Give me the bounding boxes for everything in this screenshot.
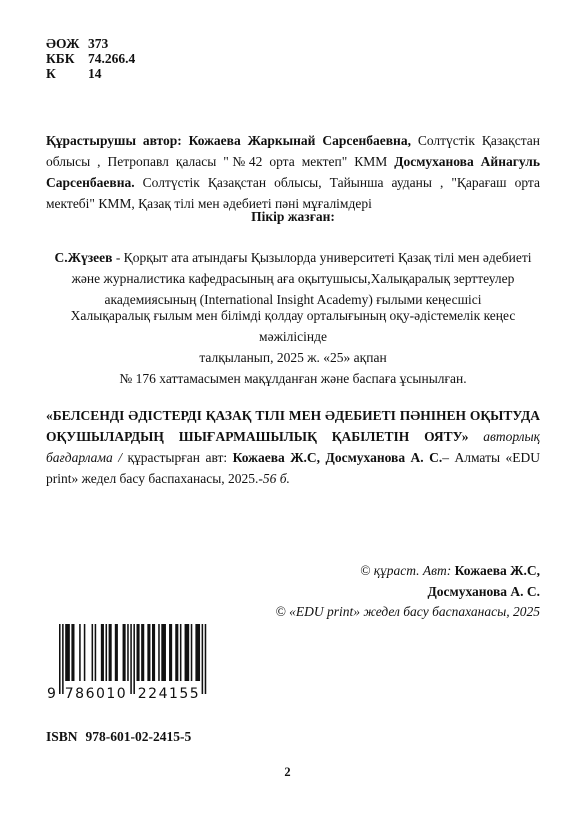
code-row-udc: ӘОЖ 373 [46, 36, 135, 51]
approval-line: Халықаралық ғылым мен білімді қолдау орт… [46, 305, 540, 347]
isbn-line: ISBN978-601-02-2415-5 [46, 729, 191, 745]
reviewer-heading: Пікір жазған: [46, 209, 540, 225]
reviewer-text: - Қорқыт ата атындағы Қызылорда универси… [72, 250, 532, 307]
compiler-name-1: Құрастырушы автор: Кожаева Жаркынай Сарс… [46, 133, 411, 148]
reviewer-paragraph: С.Жүзеев - Қорқыт ата атындағы Қызылорда… [46, 247, 540, 310]
approval-line: талқыланып, 2025 ж. «25» ақпан [46, 347, 540, 368]
copyright-author-1: Кожаева Ж.С, [455, 563, 540, 578]
code-value: 74.266.4 [88, 51, 135, 66]
title-paragraph: «БЕЛСЕНДІ ӘДІСТЕРДІ ҚАЗАҚ ТІЛІ МЕН ӘДЕБИ… [46, 405, 540, 489]
code-label: ӘОЖ [46, 36, 88, 51]
isbn-label: ISBN [46, 729, 78, 744]
isbn-value: 978-601-02-2415-5 [86, 729, 192, 744]
copyright-author-2: Досмуханова А. С. [46, 582, 540, 603]
barcode-block: 9 786010 224155 [46, 624, 212, 706]
page-number: 2 [0, 765, 575, 780]
title-pages: 56 б. [263, 471, 290, 486]
code-row-lbc: КБК 74.266.4 [46, 51, 135, 66]
code-value: 14 [88, 66, 102, 81]
book-title: «БЕЛСЕНДІ ӘДІСТЕРДІ ҚАЗАҚ ТІЛІ МЕН ӘДЕБИ… [46, 408, 540, 444]
title-authors: Кожаева Ж.С, Досмуханова А. С. [233, 450, 443, 465]
ean13-barcode-icon: 9 786010 224155 [46, 624, 212, 702]
code-label: К [46, 66, 88, 81]
barcode-digit-lead: 9 [47, 686, 57, 702]
code-label: КБК [46, 51, 88, 66]
barcode-digits-right: 224155 [138, 686, 200, 702]
approval-line: № 176 хаттамасымен мақұлданған және басп… [46, 368, 540, 389]
barcode-digits-left: 786010 [65, 686, 127, 702]
code-value: 373 [88, 36, 108, 51]
copyright-publisher: © «EDU print» жедел басу баспаханасы, 20… [46, 602, 540, 623]
approval-paragraph: Халықаралық ғылым мен білімді қолдау орт… [46, 305, 540, 389]
compiler-paragraph: Құрастырушы автор: Кожаева Жаркынай Сарс… [46, 130, 540, 214]
copyright-block: © құраст. Авт: Кожаева Ж.С, Досмуханова … [46, 561, 540, 623]
copyright-line-1: © құраст. Авт: Кожаева Ж.С, [46, 561, 540, 582]
barcode-bars [59, 624, 206, 694]
title-text-1: құрастырған авт: [122, 450, 233, 465]
copyright-prefix: © құраст. Авт: [360, 563, 455, 578]
code-row-k: К 14 [46, 66, 135, 81]
classification-codes: ӘОЖ 373 КБК 74.266.4 К 14 [46, 36, 135, 81]
reviewer-name: С.Жүзеев [55, 250, 113, 265]
imprint-page: ӘОЖ 373 КБК 74.266.4 К 14 Құрастырушы ав… [0, 0, 575, 825]
